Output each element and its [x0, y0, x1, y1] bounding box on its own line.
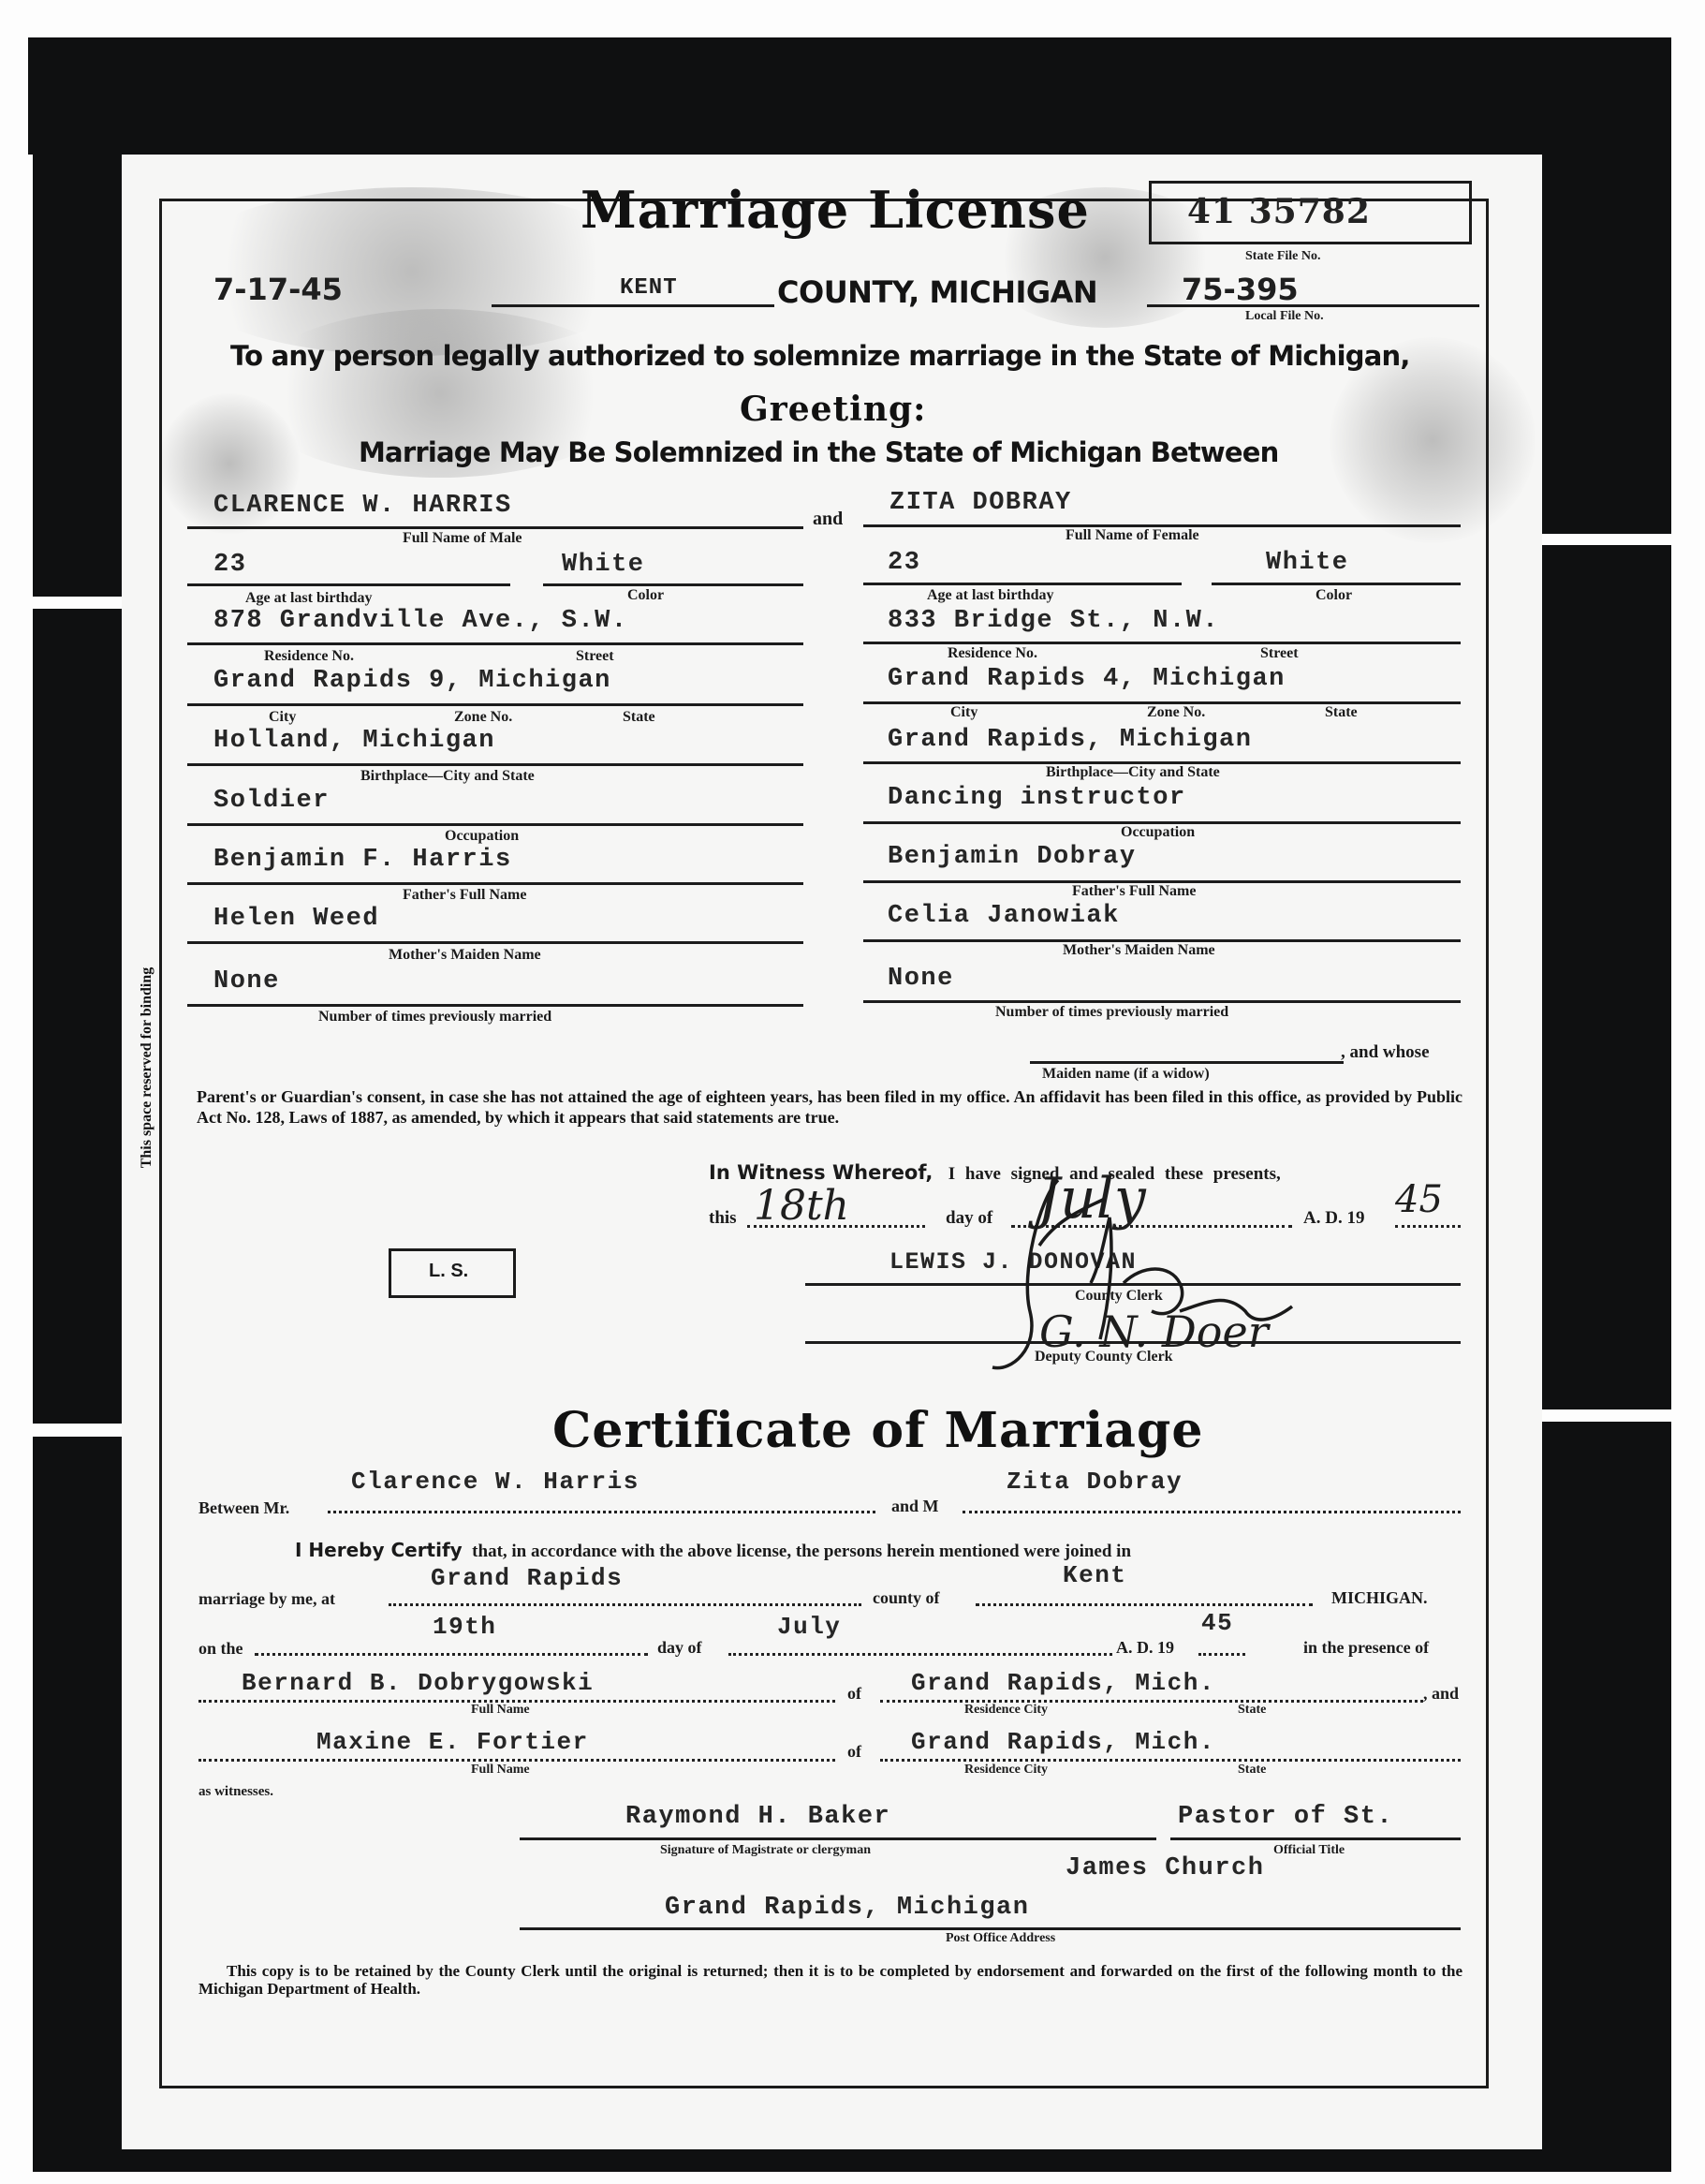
male-mother-line [187, 941, 803, 944]
deputy-clerk-label: Deputy County Clerk [1035, 1349, 1173, 1365]
male-age-line [187, 583, 510, 586]
place-line [389, 1603, 861, 1606]
male-times-line [187, 1004, 803, 1007]
license-year-value: 45 [1395, 1178, 1443, 1221]
male-birthplace: Holland, Michigan [213, 727, 495, 755]
as-witnesses: as witnesses. [198, 1784, 273, 1800]
post-office-address: Grand Rapids, Michigan [665, 1894, 1029, 1922]
male-color: White [562, 551, 645, 579]
bride-name: Zita Dobray [1007, 1468, 1183, 1496]
female-name-label: Full Name of Female [1066, 527, 1199, 544]
license-day-value: 18th [754, 1182, 849, 1230]
male-mother-label: Mother's Maiden Name [389, 947, 541, 964]
deputy-clerk-line [805, 1341, 1461, 1344]
cert-year: 45 [1201, 1609, 1233, 1637]
and-whose: , and whose [1341, 1042, 1430, 1063]
witness2-residence-city-label: Residence City [964, 1763, 1048, 1778]
marriage-by-label: marriage by me, at [198, 1589, 335, 1609]
female-city: Grand Rapids 4, Michigan [888, 665, 1286, 693]
officiant-line [520, 1837, 1156, 1840]
seal-label: L. S. [429, 1261, 468, 1282]
and-word: and [813, 509, 843, 530]
groom-line [328, 1511, 875, 1513]
black-border-top [28, 37, 1671, 155]
county-of-label: county of [873, 1588, 940, 1608]
female-occupation-label: Occupation [1121, 824, 1195, 841]
female-times-married: None [888, 965, 954, 993]
witness1-res-line [880, 1700, 1423, 1703]
female-age-label: Age at last birthday [927, 587, 1054, 604]
witness2-of-label: of [847, 1742, 861, 1762]
female-father: Benjamin Dobray [888, 843, 1137, 871]
male-times-label: Number of times previously married [318, 1009, 551, 1026]
male-occupation-line [187, 823, 803, 826]
marriage-place: Grand Rapids [431, 1564, 623, 1592]
female-zone-label: Zone No. [1147, 704, 1205, 721]
salutation: To any person legally authorized to sole… [230, 340, 1410, 372]
male-age-label: Age at last birthday [245, 590, 373, 607]
officiant-name: Raymond H. Baker [625, 1803, 890, 1831]
male-name-line [187, 526, 803, 529]
witness1-residence-city-label: Residence City [964, 1703, 1048, 1718]
license-title: Marriage License [581, 180, 1090, 240]
official-title-line [1170, 1837, 1461, 1840]
female-street-label: Street [1260, 645, 1299, 662]
male-color-label: Color [627, 587, 664, 604]
witness2-residence: Grand Rapids, Mich. [911, 1728, 1215, 1756]
female-color-line [1212, 583, 1461, 585]
witness2-full-name-label: Full Name [471, 1763, 530, 1778]
county-suffix: COUNTY, MICHIGAN [777, 274, 1097, 310]
female-age: 23 [888, 549, 920, 577]
left-notch-2 [28, 1424, 125, 1437]
bride-line [963, 1511, 1461, 1513]
and-m-label: and M [891, 1497, 939, 1516]
female-state-label: State [1325, 704, 1358, 721]
black-border-bottom [42, 2149, 1671, 2172]
right-notch-1 [1540, 534, 1676, 545]
cert-month-line [728, 1653, 1112, 1656]
official-title-2: James Church [1066, 1854, 1264, 1882]
female-city-label: City [950, 704, 977, 721]
witness2-name: Maxine E. Fortier [316, 1728, 589, 1756]
cert-day-line [255, 1653, 648, 1656]
witness2-name-line [198, 1759, 835, 1762]
male-full-name: CLARENCE W. HARRIS [213, 492, 512, 520]
male-times-married: None [213, 967, 280, 996]
cert-day-of-label: day of [657, 1638, 702, 1658]
cert-ad-label: A. D. 19 [1116, 1638, 1174, 1658]
female-full-name: ZITA DOBRAY [889, 489, 1072, 517]
male-age: 23 [213, 551, 246, 579]
right-notch-2 [1540, 1409, 1676, 1422]
presence-label: in the presence of [1303, 1638, 1429, 1658]
male-mother: Helen Weed [213, 905, 379, 933]
female-father-label: Father's Full Name [1072, 883, 1196, 900]
county-line [976, 1603, 1313, 1606]
certificate-title: Certificate of Marriage [552, 1402, 1203, 1459]
female-occupation: Dancing instructor [888, 784, 1186, 812]
male-street-label: Street [576, 648, 614, 665]
female-residence-no-label: Residence No. [948, 645, 1037, 662]
consent-paragraph: Parent's or Guardian's consent, in case … [197, 1086, 1462, 1128]
official-title-label: Official Title [1273, 1843, 1345, 1858]
this-label: this [709, 1208, 737, 1229]
local-file-number: 75-395 [1182, 272, 1299, 307]
female-birthplace: Grand Rapids, Michigan [888, 726, 1252, 754]
male-residence-no-label: Residence No. [264, 648, 354, 665]
male-birthplace-line [187, 763, 803, 766]
state-file-number: 41 35782 [1187, 192, 1371, 231]
male-zone-label: Zone No. [454, 709, 512, 726]
certify-text: that, in accordance with the above licen… [472, 1542, 1131, 1561]
black-border-left [33, 37, 124, 2172]
on-the-label: on the [198, 1639, 243, 1659]
county-underline [492, 304, 774, 307]
black-border-right [1542, 37, 1671, 2172]
groom-name: Clarence W. Harris [351, 1468, 639, 1496]
post-office-line [520, 1927, 1461, 1930]
male-city-label: City [269, 709, 296, 726]
male-occupation: Soldier [213, 787, 330, 815]
male-father-label: Father's Full Name [403, 887, 526, 904]
widow-label: Maiden name (if a widow) [1042, 1066, 1210, 1083]
male-father: Benjamin F. Harris [213, 846, 512, 874]
witness2-res-line [880, 1759, 1461, 1762]
female-mother: Celia Janowiak [888, 902, 1120, 930]
male-residence-line [187, 642, 803, 645]
state-file-label: State File No. [1245, 249, 1320, 264]
date-stamp: 7-17-45 [213, 272, 343, 307]
license-year-line [1395, 1225, 1461, 1228]
witness1-full-name-label: Full Name [471, 1703, 530, 1718]
female-residence: 833 Bridge St., N.W. [888, 607, 1219, 635]
widow-name-line [1030, 1061, 1344, 1064]
female-mother-label: Mother's Maiden Name [1063, 942, 1215, 959]
witness1-residence: Grand Rapids, Mich. [911, 1669, 1215, 1697]
male-city-line [187, 703, 803, 706]
female-birthplace-label: Birthplace—City and State [1046, 764, 1220, 781]
female-residence-line [863, 642, 1461, 644]
officiant-label: Signature of Magistrate or clergyman [660, 1843, 871, 1858]
michigan-label: MICHIGAN. [1331, 1588, 1428, 1608]
male-occupation-label: Occupation [445, 828, 519, 845]
local-file-label: Local File No. [1245, 309, 1324, 324]
post-office-label: Post Office Address [946, 1931, 1055, 1946]
female-times-line [863, 1000, 1461, 1003]
female-times-label: Number of times previously married [995, 1004, 1228, 1021]
male-state-label: State [623, 709, 655, 726]
male-birthplace-label: Birthplace—City and State [360, 768, 535, 785]
certify-bold: I Hereby Certify [295, 1539, 463, 1561]
male-city: Grand Rapids 9, Michigan [213, 667, 611, 695]
county-value: KENT [620, 275, 678, 301]
male-father-line [187, 882, 803, 885]
footer-note: This copy is to be retained by the Count… [198, 1962, 1462, 1998]
witness1-name: Bernard B. Dobrygowski [242, 1669, 594, 1697]
male-residence: 878 Grandville Ave., S.W. [213, 607, 628, 635]
marriage-county: Kent [1063, 1561, 1126, 1589]
male-color-line [543, 583, 803, 586]
left-notch-1 [28, 597, 125, 609]
female-age-line [863, 583, 1182, 585]
female-color-label: Color [1315, 587, 1352, 604]
certify-line: I Hereby Certify that, in accordance wit… [295, 1539, 1131, 1562]
greeting: Greeting: [740, 390, 926, 429]
cert-month: July [777, 1613, 841, 1641]
female-color: White [1266, 549, 1349, 577]
witness1-and-label: , and [1423, 1684, 1459, 1704]
witness2-state-label: State [1238, 1763, 1266, 1778]
witness1-of-label: of [847, 1684, 861, 1704]
cert-year-line [1198, 1653, 1245, 1656]
between-line: Marriage May Be Solemnized in the State … [359, 436, 1279, 468]
cert-day: 19th [433, 1613, 496, 1641]
between-mr-label: Between Mr. [198, 1498, 289, 1518]
witness1-state-label: State [1238, 1703, 1266, 1718]
male-name-label: Full Name of Male [403, 530, 522, 547]
binding-note: This space reserved for binding [139, 955, 157, 1180]
official-title-1: Pastor of St. [1178, 1803, 1393, 1831]
